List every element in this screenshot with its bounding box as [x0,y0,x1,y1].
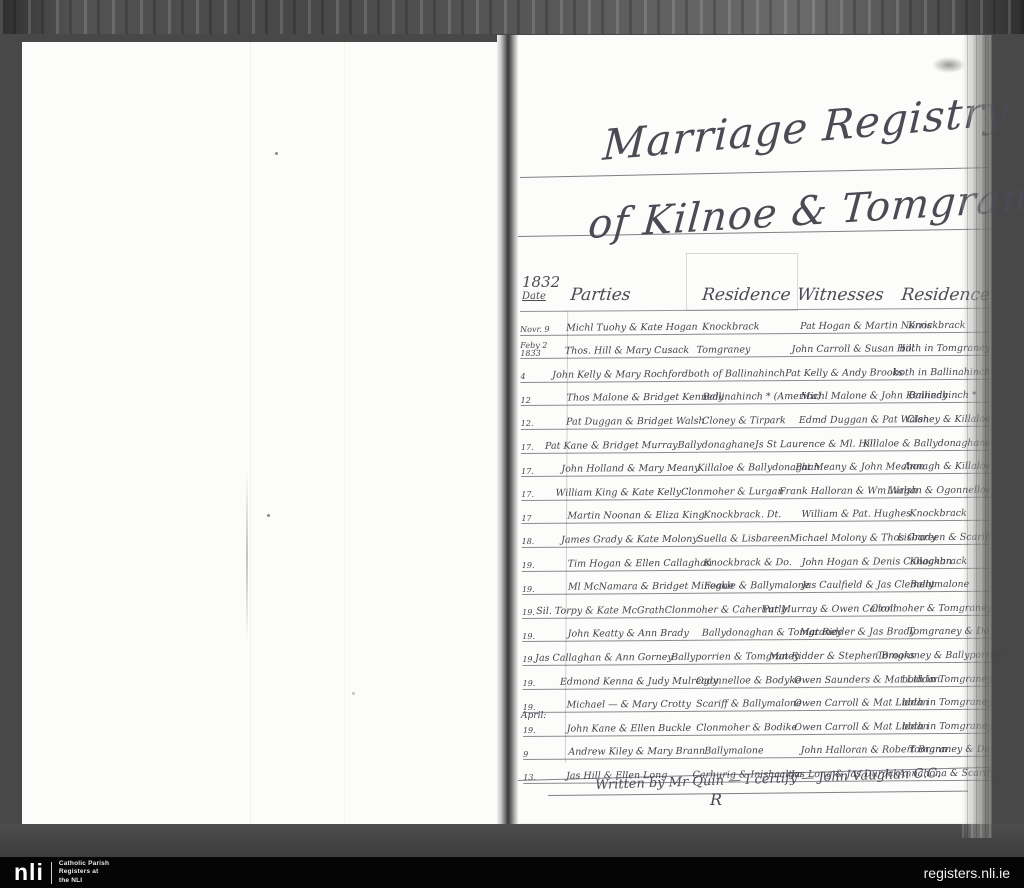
cell-date: 19. [522,632,567,641]
page-edge-texture [962,35,992,838]
cell-residence: Ballymalone [704,745,800,758]
register-row: Feby 2 1833 Thos. Hill & Mary Cusack Tom… [520,332,990,359]
page-crease [250,42,251,824]
ink-speck [267,514,270,517]
cell-witnesses: Mat Ridder & Stephen Brooks [769,650,877,663]
cell-witnesses: Jas Caulfield & Jas Clement [802,579,910,592]
signature-flourish: R [710,790,722,809]
page-smudge [932,57,966,73]
cell-date: Novr. 9 [520,326,566,335]
cell-date: Feby 2 1833 [520,342,565,358]
page-streak [246,472,248,642]
column-header-spacer [519,285,566,305]
cell-date: 19. [522,609,536,618]
register-row: 19. Michael — & Mary Crotty Scariff & Ba… [523,686,993,713]
register-title: Marriage Registry [601,85,1010,170]
cell-witnesses: Owen Carroll & Mat Liddan [794,697,902,710]
cell-parties: Tim Hogan & Ellen Callaghan [568,557,704,570]
cell-residence: Ballydonaghan & Tomgraney [702,627,800,640]
register-row: 17. Pat Kane & Bridget Murray Ballydonag… [521,427,991,454]
right-page: Marriage Registry of Kilnoe & Tomgraney … [518,35,992,838]
cell-residence: both of Ballinahinch [688,368,785,381]
cell-residence: Suella & Lisbareen [697,533,789,546]
scan-bottom-shadow [0,824,1024,857]
left-page [22,42,497,826]
cell-residence: Killaloe & Ballydonaghan [697,462,795,475]
column-header-residence: Residence [701,285,798,305]
cell-parties: Michl Tuohy & Kate Hogan [566,321,702,334]
brand-text-line: Registers at [59,868,109,876]
register-row: 18. James Grady & Kate Molony Suella & L… [521,521,991,548]
register-row: 12. Pat Duggan & Bridget Walsh Cloney & … [521,403,991,430]
cell-residence: Knockbrack & Do. [704,557,802,570]
cell-parties: Michael — & Mary Crotty [567,699,697,712]
cell-date: 19. [523,727,567,736]
cell-parties: Pat Kane & Bridget Murray [545,439,678,452]
register-row: 19. Edmond Kenna & Judy Mulready Ogonnel… [522,663,992,690]
cell-witnesses: Michl Malone & John Kennedy [801,391,909,404]
register-row: 17. William King & Kate Kelly Clonmoher … [521,474,991,501]
cell-residence: Clonmoher & Caherhurly [665,604,763,617]
cell-witnesses: Pat Kelly & Andy Brooks [785,367,893,380]
cell-witnesses: Michael Molony & Thos Grady [789,532,897,545]
cell-witnesses: Pat Murray & Owen Carroll [763,603,871,616]
register-row: 19. John Keatty & Ann Brady Ballydonagha… [522,615,992,642]
cell-witnesses: Frank Halloran & Wm Walsh [779,485,887,498]
cell-parties: John Keatty & Ann Brady [568,628,702,641]
cell-parties: John Kane & Ellen Buckle [567,722,697,735]
register-row: 9 Andrew Kiley & Mary Brann Ballymalone … [523,733,993,760]
register-row: 19. John Kane & Ellen Buckle Clonmoher &… [523,710,993,737]
register-row: 17 Martin Noonan & Eliza King Knockbrack… [521,497,991,524]
footer-bar: nli Catholic Parish Registers at the NLI… [0,857,1024,888]
cell-witnesses: Pat Meany & John Meahon [795,461,903,474]
cell-parties: Thos. Hill & Mary Cusack [565,345,697,358]
cell-witnesses: Pat Hogan & Martin Norris [800,320,908,333]
cell-witnesses: John Halloran & Robert Brann [801,745,909,758]
register-row: 19. Ml McNamara & Bridget Minogue Feakle… [522,568,992,595]
cell-residence: Ogonnelloe & Bodyke [696,675,794,688]
cell-residence: Knockbrack. Dt. [703,509,801,522]
cell-residence: Knockbrack [702,321,800,334]
cell-date: 12 [521,396,567,405]
cell-date: 4 [520,373,552,382]
ink-speck [352,692,355,695]
cell-parties: Edmond Kenna & Judy Mulready [560,675,696,688]
cell-date: 9 [523,750,568,759]
register-row: 19. Jas Callaghan & Ann Gorney Ballyporr… [522,639,992,666]
cell-residence: Clonmoher & Bodike [696,722,794,735]
cell-witnesses: Owen Saunders & Mat Liddan [794,674,902,687]
cell-witnesses: Js St Laurence & Ml. Hill [755,438,863,451]
cell-date: 19. [522,656,535,665]
ruled-line [520,167,990,178]
cell-date: 19. [522,562,568,571]
cell-parties: John Kelly & Mary Rochford [552,369,688,382]
nli-logo: nli [14,861,44,884]
april-section-label: April: [521,711,546,721]
cell-parties: Pat Duggan & Bridget Walsh [566,416,702,429]
cell-parties: Martin Noonan & Eliza King [567,510,703,523]
column-headers: Parties Residence Witnesses Residence [519,285,991,305]
cell-parties: William King & Kate Kelly [556,487,681,500]
cell-date: 17. [521,491,555,500]
register-row: 19. Tim Hogan & Ellen Callaghan Knockbra… [522,545,992,572]
nli-brand: nli Catholic Parish Registers at the NLI [14,860,109,885]
cell-witnesses: Owen Carroll & Mat Liddan [794,721,902,734]
cell-residence: Scariff & Ballymalone [696,698,794,711]
cell-date: 17. [521,444,545,453]
brand-text: Catholic Parish Registers at the NLI [59,860,109,885]
cell-residence: Feakle & Ballymalone [704,580,802,593]
cell-residence: Cloney & Tirpark [702,415,799,428]
cell-parties: Andrew Kiley & Mary Brann [568,746,704,759]
cell-date: 17 [521,514,567,523]
cell-parties: John Holland & Mary Meany [561,463,697,476]
site-url: registers.nli.ie [924,865,1010,881]
page-crease [344,42,345,824]
register-subtitle: of Kilnoe & Tomgraney [587,172,1024,248]
register-row: 12 Thos Malone & Bridget Kennedy Ballina… [521,379,991,406]
scan-viewer[interactable]: Marriage Registry of Kilnoe & Tomgraney … [0,0,1024,888]
cell-witnesses: William & Pat. Hughes [801,509,909,522]
cell-date: 13. [523,774,566,783]
cell-parties: Sil. Torpy & Kate McGrath [536,605,665,618]
cell-residence: Ballyporrien & Tomgraney [671,651,769,664]
register-row: 19. Sil. Torpy & Kate McGrath Clonmoher … [522,592,992,619]
ink-speck [275,152,278,155]
brand-text-line: Catholic Parish [59,860,109,868]
column-header-parties: Parties [563,285,703,305]
cell-residence: Ballydonaghane [678,439,755,452]
register-row: 17. John Holland & Mary Meany Killaloe &… [521,450,991,477]
cell-date: 12. [521,420,566,429]
cell-date: 18. [522,538,562,547]
book-gutter [497,35,518,838]
cell-witnesses: John Carroll & Susan Hill [792,344,900,357]
cell-parties: Thos Malone & Bridget Kennedy [567,392,703,405]
cell-parties: James Grady & Kate Molony [561,534,697,547]
cell-witnesses: Edmd Duggan & Pat Walsh [799,414,907,427]
cell-parties: Jas Callaghan & Ann Gorney [535,652,671,665]
cell-residence: Clonmoher & Lurgan [681,486,779,499]
brand-divider [51,862,52,884]
cell-date: 17. [521,467,561,476]
book-top-edge [0,0,1024,34]
register-row: Novr. 9 Michl Tuohy & Kate Hogan Knockbr… [520,309,990,336]
cell-residence: Ballinahinch * (America) [703,391,801,404]
cell-residence: Tomgraney [697,344,792,357]
cell-witnesses: Mat Ridder & Jas Brady [800,627,908,640]
cell-date: 19. [522,585,568,594]
cell-date: 19. [523,680,560,689]
brand-text-line: the NLI [59,877,109,885]
cell-witnesses: John Hogan & Denis Callaghan [802,556,910,569]
register-row: 4 John Kelly & Mary Rochford both of Bal… [520,356,990,383]
cell-parties: Ml McNamara & Bridget Minogue [568,581,704,594]
register-rows: Novr. 9 Michl Tuohy & Kate Hogan Knockbr… [520,308,993,784]
column-header-witnesses: Witnesses [796,285,903,305]
